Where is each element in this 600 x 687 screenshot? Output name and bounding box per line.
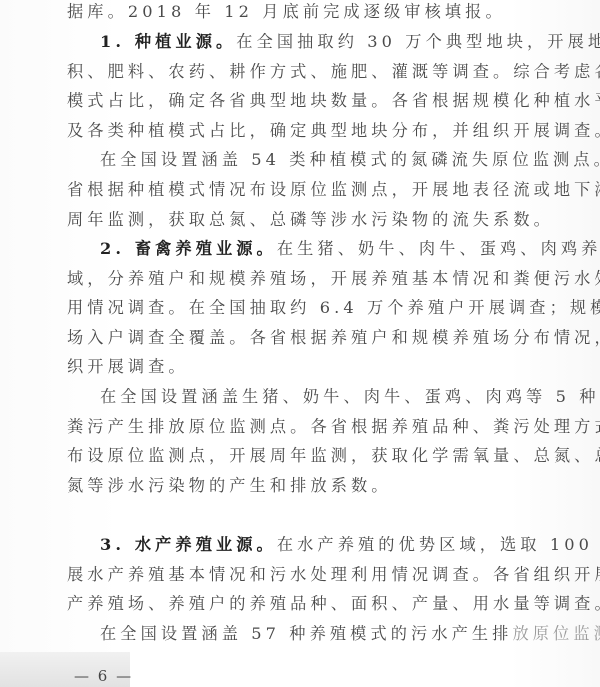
text-line: 在全国设置涵盖 54 类种植模式的氮磷流失原位监测点。各 (100, 149, 515, 171)
text-line: 用情况调查。在全国抽取约 6.4 万个养殖户开展调查；规模养殖 (67, 297, 515, 319)
heading-planting: 1. 种植业源。 (100, 32, 236, 51)
text-line: 及各类种植模式占比，确定典型地块分布，并组织开展调查。 (67, 120, 515, 142)
text-line: 周年监测，获取总氮、总磷等涉水污染物的流失系数。 (67, 209, 515, 231)
text-line: 在全国设置涵盖生猪、奶牛、肉牛、蛋鸡、肉鸡等 5 种畜禽养殖 (100, 386, 515, 408)
heading-livestock: 2. 畜禽养殖业源。 (100, 239, 277, 258)
section-heading-livestock: 2. 畜禽养殖业源。在生猪、奶牛、肉牛、蛋鸡、肉鸡养殖优势区 (100, 238, 515, 260)
document-page: 据库。2018 年 12 月底前完成逐级审核填报。 1. 种植业源。在全国抽取约… (0, 0, 600, 687)
page-number: — 6 — (74, 667, 133, 685)
text-line: 产养殖场、养殖户的养殖品种、面积、产量、用水量等调查。 (67, 593, 515, 615)
text-line: 据库。2018 年 12 月底前完成逐级审核填报。 (67, 1, 515, 23)
text-line: 氮等涉水污染物的产生和排放系数。 (67, 475, 515, 497)
text-line: 省根据种植模式情况布设原位监测点，开展地表径流或地下淋溶 (67, 179, 515, 201)
text-line: 模式占比，确定各省典型地块数量。各省根据规模化种植水平以 (67, 90, 515, 112)
text-line: 粪污产生排放原位监测点。各省根据养殖品种、粪污处理方式等 (67, 416, 515, 438)
faded-text: 放原位监测点 (512, 624, 600, 643)
text-line: 积、肥料、农药、耕作方式、施肥、灌溉等调查。综合考虑各类种植 (67, 61, 515, 83)
text-line: 展水产养殖基本情况和污水处理利用情况调查。各省组织开展水 (67, 564, 515, 586)
text-line: 在全国设置涵盖 57 种养殖模式的污水产生排放原位监测点 (100, 623, 515, 645)
section-heading-planting: 1. 种植业源。在全国抽取约 30 万个典型地块，开展地块面 (100, 31, 515, 53)
section-heading-aquaculture: 3. 水产养殖业源。在水产养殖的优势区域，选取 100 个县开 (100, 534, 515, 556)
text-line: 域，分养殖户和规模养殖场，开展养殖基本情况和粪便污水处理利 (67, 268, 515, 290)
heading-aquaculture: 3. 水产养殖业源。 (100, 535, 277, 554)
text-line: 织开展调查。 (67, 356, 515, 378)
text-line: 场入户调查全覆盖。各省根据养殖户和规模养殖场分布情况，组 (67, 327, 515, 349)
text-line: 布设原位监测点，开展周年监测，获取化学需氧量、总氮、总磷、氨 (67, 445, 515, 467)
